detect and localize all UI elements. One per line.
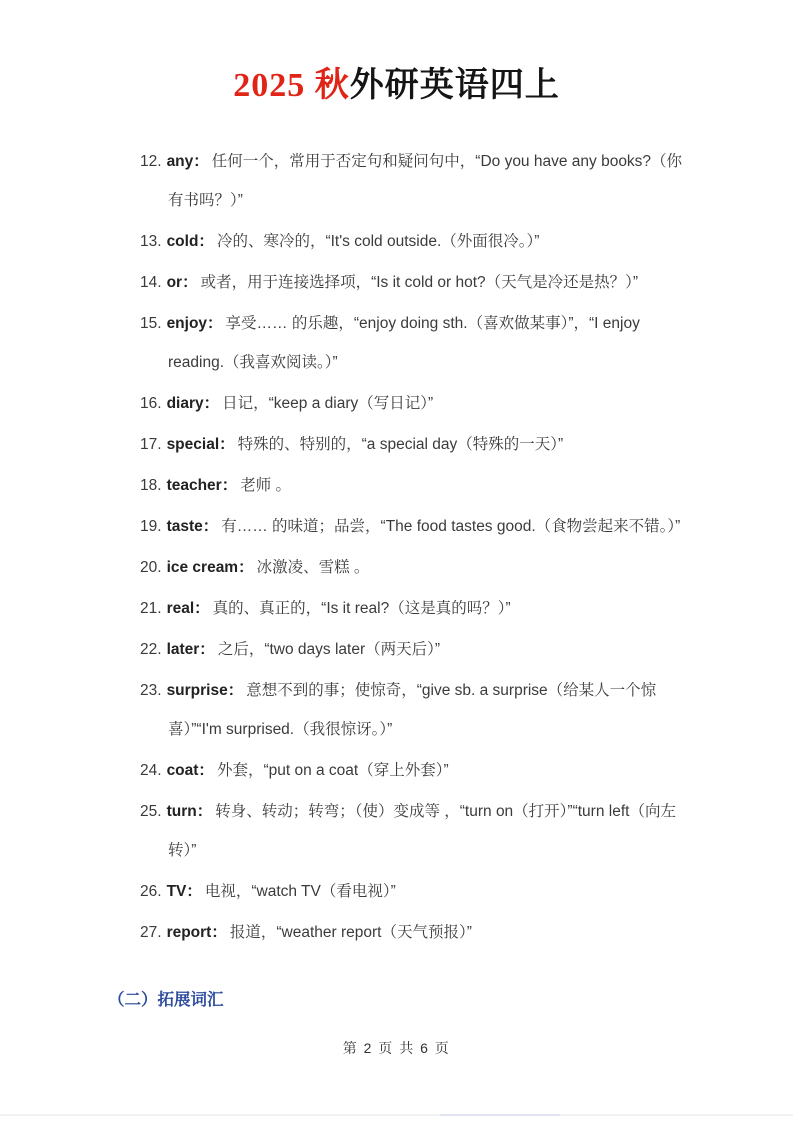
list-item: 12.any：任何一个，常用于否定句和疑问句中，“Do you have any… (140, 142, 692, 220)
item-word: surprise： (167, 682, 244, 699)
item-definition: 特殊的、特别的，“a special day（特殊的一天）” (238, 436, 564, 453)
item-word: diary： (167, 395, 220, 412)
item-definition: 冰激凌、雪糕 。 (257, 559, 370, 576)
list-item: 24.coat：外套，“put on a coat（穿上外套）” (140, 751, 692, 790)
item-definition: 有…… 的味道；品尝，“The food tastes good.（食物尝起来不… (221, 518, 680, 535)
item-word: ice cream： (167, 559, 254, 576)
list-item: 27.report：报道，“weather report（天气预报）” (140, 913, 692, 952)
item-number: 17. (140, 436, 162, 453)
item-number: 27. (140, 924, 162, 941)
item-word: cold： (167, 233, 214, 250)
item-word: teacher： (167, 477, 238, 494)
item-definition: 日记，“keep a diary（写日记）” (222, 395, 433, 412)
item-word: taste： (167, 518, 219, 535)
list-item: 17.special：特殊的、特别的，“a special day（特殊的一天）… (140, 425, 692, 464)
list-item: 23.surprise：意想不到的事；使惊奇，“give sb. a surpr… (140, 671, 692, 749)
item-word: TV： (167, 883, 202, 900)
item-number: 26. (140, 883, 162, 900)
item-definition: 之后，“two days later（两天后）” (218, 641, 440, 658)
item-definition: 转身、转动；转弯；（使）变成等 ，“turn on（打开）”“turn left… (168, 803, 676, 859)
list-item: 20.ice cream：冰激凌、雪糕 。 (140, 548, 692, 587)
list-item: 26.TV：电视，“watch TV（看电视）” (140, 872, 692, 911)
item-word: later： (167, 641, 215, 658)
title-red-text: 2025 秋 (233, 67, 350, 104)
list-item: 16.diary：日记，“keep a diary（写日记）” (140, 384, 692, 423)
page-break-accent (440, 1114, 560, 1116)
page-title: 2025 秋外研英语四上 (0, 57, 793, 106)
list-item: 13.cold：冷的、寒冷的，“It's cold outside.（外面很冷。… (140, 222, 692, 261)
item-definition: 报道，“weather report（天气预报）” (230, 924, 472, 941)
item-word: enjoy： (167, 315, 223, 332)
item-definition: 任何一个，常用于否定句和疑问句中，“Do you have any books?… (168, 153, 682, 209)
list-item: 25.turn：转身、转动；转弯；（使）变成等 ，“turn on（打开）”“t… (140, 792, 692, 870)
item-number: 25. (140, 803, 162, 820)
title-black-text: 外研英语四上 (350, 67, 560, 104)
list-item: 14.or：或者，用于连接选择项，“Is it cold or hot?（天气是… (140, 263, 692, 302)
item-definition: 冷的、寒冷的，“It's cold outside.（外面很冷。）” (217, 233, 539, 250)
list-item: 22.later：之后，“two days later（两天后）” (140, 630, 692, 669)
item-number: 24. (140, 762, 162, 779)
item-number: 20. (140, 559, 162, 576)
vocab-list: 12.any：任何一个，常用于否定句和疑问句中，“Do you have any… (140, 142, 692, 952)
item-word: or： (167, 274, 198, 291)
item-definition: 电视，“watch TV（看电视）” (205, 883, 396, 900)
section-heading: （二）拓展词汇 (108, 986, 793, 1010)
list-item: 19.taste：有…… 的味道；品尝，“The food tastes goo… (140, 507, 692, 546)
item-word: special： (167, 436, 235, 453)
item-number: 21. (140, 600, 162, 617)
page-footer: 第 2 页 共 6 页 (0, 1038, 793, 1058)
item-number: 23. (140, 682, 162, 699)
item-definition: 真的、真正的，“Is it real?（这是真的吗？）” (213, 600, 511, 617)
item-word: real： (167, 600, 210, 617)
item-number: 12. (140, 153, 162, 170)
item-definition: 老师 。 (240, 477, 291, 494)
item-number: 22. (140, 641, 162, 658)
item-number: 19. (140, 518, 162, 535)
list-item: 15.enjoy：享受…… 的乐趣，“enjoy doing sth.（喜欢做某… (140, 304, 692, 382)
list-item: 18.teacher：老师 。 (140, 466, 692, 505)
item-word: turn： (167, 803, 213, 820)
item-number: 14. (140, 274, 162, 291)
item-number: 13. (140, 233, 162, 250)
item-number: 18. (140, 477, 162, 494)
item-word: report： (167, 924, 227, 941)
item-definition: 享受…… 的乐趣，“enjoy doing sth.（喜欢做某事）”，“I en… (168, 315, 640, 371)
item-number: 15. (140, 315, 162, 332)
item-definition: 外套，“put on a coat（穿上外套）” (217, 762, 449, 779)
item-definition: 或者，用于连接选择项，“Is it cold or hot?（天气是冷还是热？）… (201, 274, 639, 291)
item-word: coat： (167, 762, 214, 779)
item-number: 16. (140, 395, 162, 412)
page-break-line (0, 1114, 793, 1116)
item-word: any： (167, 153, 209, 170)
list-item: 21.real：真的、真正的，“Is it real?（这是真的吗？）” (140, 589, 692, 628)
